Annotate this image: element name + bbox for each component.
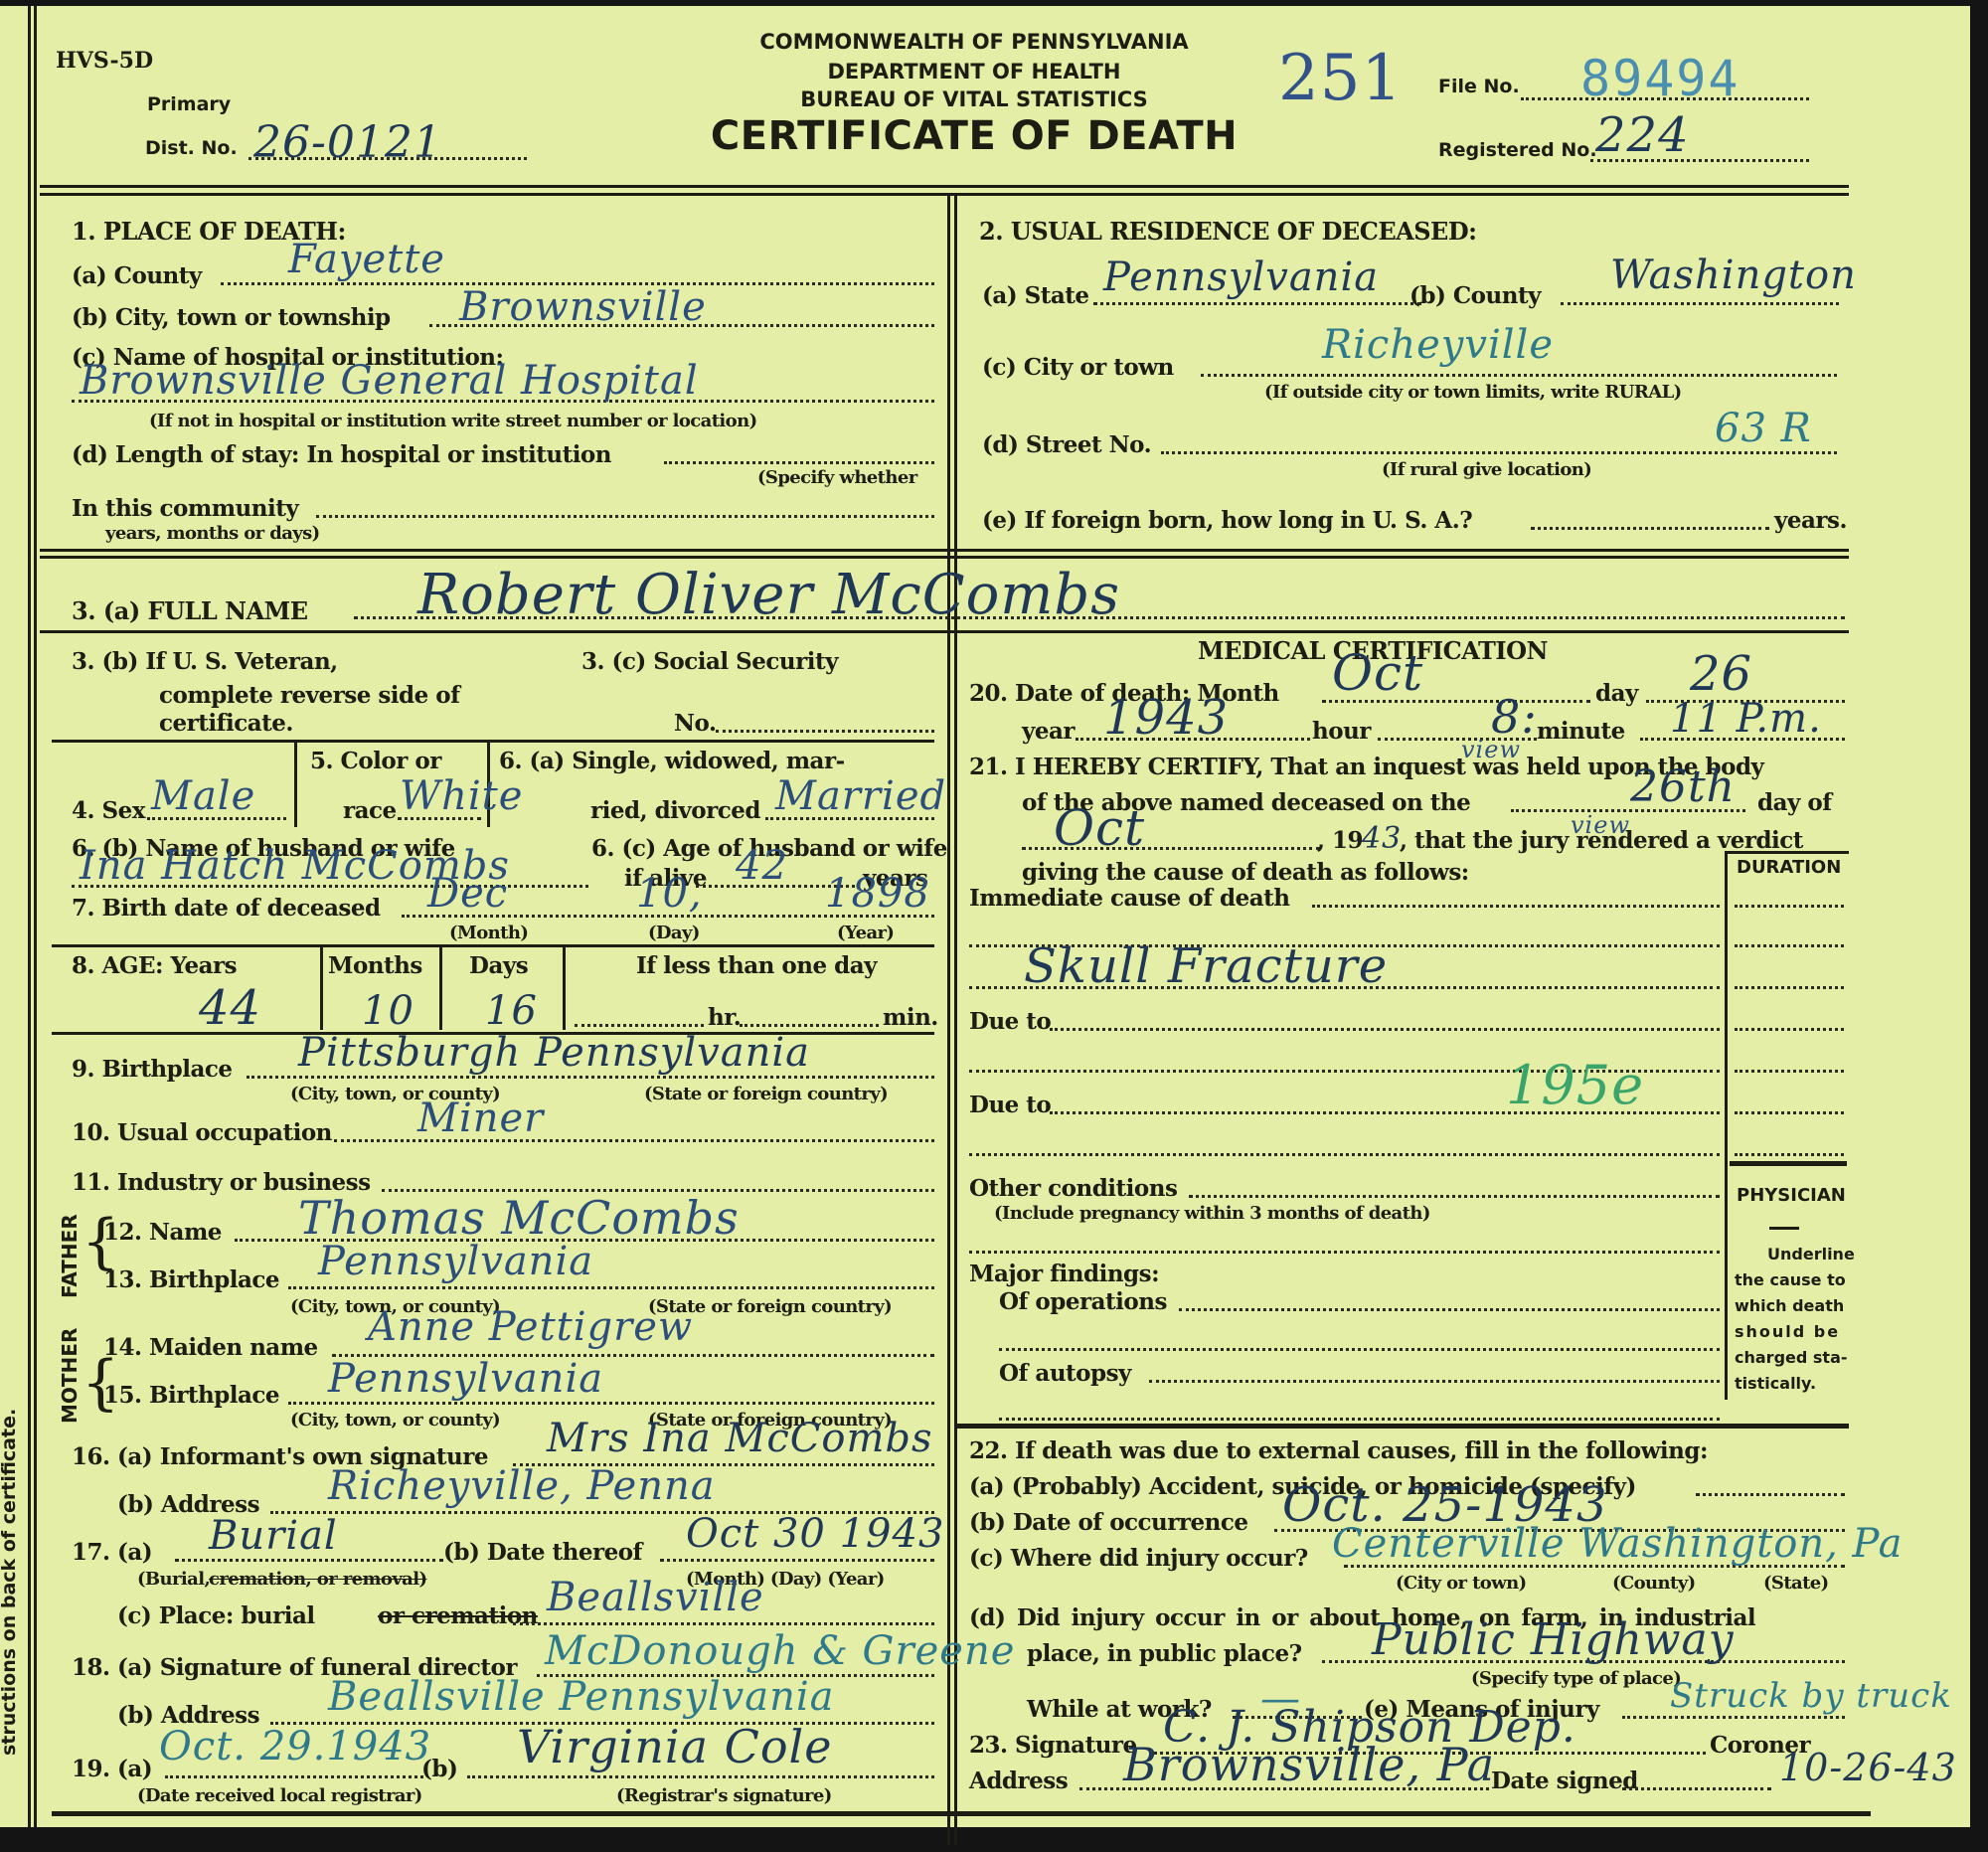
injury-place-value: Public Highway (1372, 1614, 1735, 1665)
res-state-label: (a) State (982, 282, 1089, 309)
stay-note: (Specify whether (757, 467, 917, 488)
burial-date-value: Oct 30 1943 (686, 1511, 944, 1557)
form-code: HVS-5D (56, 48, 153, 74)
father-birthplace-value: Pennsylvania (318, 1239, 593, 1284)
where-county-note: (County) (1612, 1573, 1696, 1594)
hospital-note: (If not in hospital or institution write… (149, 411, 756, 431)
res-city-note: (If outside city or town limits, write R… (1264, 382, 1682, 403)
physician-note-4: should be (1735, 1322, 1840, 1341)
death-minute-value: 11 P.m. (1670, 696, 1822, 742)
stay-label: (d) Length of stay: In hospital or insti… (72, 441, 611, 468)
margin-instructions: structions on back of certificate. (0, 1409, 20, 1756)
registrar-signature-value: Virginia Cole (517, 1720, 832, 1773)
mother-side-label: MOTHER (58, 1328, 82, 1424)
mother-birthplace-label: 15. Birthplace (103, 1382, 279, 1409)
other-conditions-note: (Include pregnancy within 3 months of de… (994, 1203, 1430, 1224)
residence-heading: 2. USUAL RESIDENCE OF DECEASED: (979, 217, 1477, 246)
res-city-label: (c) City or town (982, 354, 1174, 381)
res-county-value: Washington (1610, 253, 1857, 298)
disposition-value: Burial (209, 1513, 338, 1559)
certify-line-2b: day of (1757, 789, 1832, 816)
age-months-label: Months (328, 952, 422, 979)
color-value: White (400, 773, 523, 819)
file-no-label: File No. (1438, 76, 1520, 97)
physician-note-3: which death (1735, 1296, 1844, 1315)
injury-where-value: Centerville Washington, Pa (1332, 1521, 1904, 1567)
inquest-year-value: 43 (1362, 821, 1402, 856)
sex-value: Male (151, 773, 255, 819)
occupation-value: Miner (417, 1095, 544, 1141)
injury-where-label: (c) Where did injury occur? (969, 1545, 1308, 1572)
birthplace-value: Pittsburgh Pennsylvania (298, 1030, 810, 1076)
age-days-value: 16 (485, 988, 538, 1034)
community-note: years, months or days) (105, 523, 320, 544)
date-signed-value: 10-26-43 (1779, 1746, 1957, 1789)
foreign-born-unit: years. (1774, 507, 1847, 534)
informant-signature-value: Mrs Ina McCombs (547, 1416, 933, 1461)
physician-note-6: tistically. (1735, 1374, 1816, 1393)
age-years-label: 8. AGE: Years (72, 952, 237, 979)
border-left-inner (34, 6, 37, 1827)
certificate-title: CERTIFICATE OF DEATH (676, 113, 1272, 159)
mother-city-note: (City, town, or county) (290, 1410, 500, 1431)
community-label: In this community (72, 495, 298, 522)
veteran-label-2: complete reverse side of (159, 682, 460, 709)
view-note-2: view (1571, 811, 1630, 839)
color-label-1: 5. Color or (310, 748, 441, 774)
death-year-value: 1943 (1103, 690, 1229, 746)
funeral-address-value: Beallsville Pennsylvania (328, 1674, 834, 1720)
coroner-address-value: Brownsville, Pa (1123, 1738, 1495, 1791)
color-label-2: race (343, 797, 397, 824)
death-minute-label: minute (1537, 718, 1625, 745)
registrar-date-note: (Date received local registrar) (137, 1785, 422, 1806)
primary-label: Primary (147, 93, 231, 115)
res-street-label: (d) Street No. (982, 431, 1151, 458)
age-months-value: 10 (362, 988, 414, 1034)
death-city-label: (b) City, town or township (72, 304, 391, 331)
date-signed-label: Date signed (1491, 1768, 1638, 1794)
res-city-value: Richeyville (1322, 322, 1554, 368)
major-findings-label: Major findings: (969, 1261, 1159, 1287)
res-state-value: Pennsylvania (1103, 254, 1379, 300)
hr-label: hr. (708, 1004, 741, 1031)
min-label: min. (883, 1004, 938, 1031)
due-to-label-1: Due to (969, 1008, 1051, 1035)
dist-no-label: Dist. No. (145, 137, 238, 159)
informant-address-value: Richeyville, Penna (328, 1463, 716, 1509)
father-side-label: FATHER (58, 1214, 82, 1298)
agency-line-2: DEPARTMENT OF HEALTH (696, 60, 1252, 84)
father-name-label: 12. Name (103, 1219, 222, 1246)
border-left-outer (28, 6, 31, 1827)
birthplace-label: 9. Birthplace (72, 1056, 233, 1083)
veteran-label-1: 3. (b) If U. S. Veteran, (72, 648, 338, 675)
disposition-note-b: cremation, or removal) (209, 1569, 426, 1590)
death-day-value: 26 (1690, 646, 1752, 702)
injury-place-label-2: place, in public place? (1027, 1640, 1302, 1667)
full-name-value: Robert Oliver McCombs (417, 563, 1120, 627)
foreign-born-label: (e) If foreign born, how long in U. S. A… (982, 507, 1472, 534)
age-days-label: Days (469, 952, 528, 979)
registrar-signature-note: (Registrar's signature) (616, 1785, 832, 1806)
father-birthplace-label: 13. Birthplace (103, 1266, 279, 1293)
mother-birthplace-value: Pennsylvania (328, 1356, 603, 1402)
age-years-value: 44 (199, 980, 261, 1036)
birth-month-value: Dec (427, 871, 508, 917)
duration-label: DURATION (1737, 857, 1841, 878)
birthplace-state-note: (State or foreign country) (644, 1084, 888, 1104)
marital-label-1: 6. (a) Single, widowed, mar- (499, 748, 845, 774)
disposition-label: 17. (a) (72, 1539, 152, 1566)
autopsy-label: Of autopsy (999, 1360, 1131, 1387)
registrar-label-b: (b) (421, 1756, 457, 1782)
ss-no-label: No. (674, 710, 716, 737)
sex-label: 4. Sex (72, 797, 145, 824)
burial-place-label-a: (c) Place: burial (117, 1602, 315, 1629)
birth-year-note: (Year) (837, 923, 894, 943)
burial-date-label: (b) Date thereof (443, 1539, 642, 1566)
death-month-value: Oct (1332, 644, 1423, 702)
full-name-label: 3. (a) FULL NAME (72, 596, 308, 625)
immediate-cause-value: Skull Fracture (1024, 938, 1388, 994)
certify-line-4: giving the cause of death as follows: (1022, 859, 1469, 886)
other-conditions-label: Other conditions (969, 1175, 1177, 1202)
birth-month-note: (Month) (449, 923, 528, 943)
registered-no-label: Registered No. (1438, 139, 1597, 161)
ss-label: 3. (c) Social Security (581, 648, 838, 675)
injury-place-note: (Specify type of place) (1471, 1668, 1681, 1689)
birth-year-value: 1898 (825, 871, 930, 917)
agency-line-1: COMMONWEALTH OF PENNSYLVANIA (696, 30, 1252, 54)
inquest-day-value: 26th (1630, 761, 1736, 812)
occupation-label: 10. Usual occupation (72, 1119, 332, 1146)
disposition-note-a: (Burial, (137, 1569, 210, 1590)
physician-note-1: Underline (1767, 1245, 1855, 1263)
funeral-director-value: McDonough & Greene (545, 1628, 1015, 1674)
physician-note-5: charged sta- (1735, 1348, 1848, 1367)
death-hour-label: hour (1312, 718, 1371, 745)
immediate-cause-label: Immediate cause of death (969, 885, 1289, 912)
hospital-value: Brownsville General Hospital (80, 358, 699, 404)
physician-label: PHYSICIAN (1737, 1185, 1846, 1206)
death-city-value: Brownsville (459, 284, 707, 330)
cause-code-value: 195e (1506, 1054, 1644, 1116)
where-state-note: (State) (1763, 1573, 1829, 1594)
occurrence-date-label: (b) Date of occurrence (969, 1509, 1248, 1536)
death-certificate-page: structions on back of certificate. HVS-5… (0, 6, 1970, 1827)
birthdate-label: 7. Birth date of deceased (72, 895, 381, 922)
margin-note-number: 251 (1278, 42, 1403, 115)
coroner-signature-label: 23. Signature (969, 1732, 1137, 1759)
mother-maiden-label: 14. Maiden name (103, 1334, 318, 1361)
mother-maiden-value: Anne Pettigrew (368, 1304, 693, 1350)
marital-value: Married (775, 773, 946, 819)
death-county-value: Fayette (288, 237, 445, 282)
dist-no-value: 26-0121 (253, 117, 442, 168)
spouse-age-value: 42 (736, 843, 788, 889)
external-heading: 22. If death was due to external causes,… (969, 1437, 1708, 1464)
means-of-injury-value: Struck by truck (1670, 1676, 1952, 1716)
death-year-label: year (1022, 718, 1075, 745)
less-day-label: If less than one day (636, 952, 877, 979)
operations-label: Of operations (999, 1288, 1167, 1315)
certify-line-3a: , 19 (1317, 827, 1363, 854)
burial-place-value: Beallsville (547, 1575, 764, 1620)
father-name-value: Thomas McCombs (298, 1191, 740, 1245)
death-county-label: (a) County (72, 262, 202, 289)
due-to-label-2: Due to (969, 1092, 1051, 1118)
column-divider (947, 195, 950, 1845)
where-city-note: (City or town) (1396, 1573, 1527, 1594)
birth-day-value: 10, (636, 871, 703, 917)
res-county-label: (b) County (1409, 282, 1541, 309)
inquest-month-value: Oct (1054, 799, 1145, 857)
file-no-value: 89494 (1580, 50, 1740, 107)
res-street-value: 63 R (1715, 406, 1812, 451)
registrar-date-value: Oct. 29.1943 (159, 1724, 431, 1769)
res-street-note: (If rural give location) (1382, 459, 1591, 480)
coroner-address-label: Address (969, 1768, 1068, 1794)
birth-day-note: (Day) (648, 923, 700, 943)
duration-column-divider (1725, 851, 1728, 1400)
agency-line-3: BUREAU OF VITAL STATISTICS (696, 87, 1252, 111)
marital-label-2: ried, divorced (590, 797, 760, 824)
registered-no-value: 224 (1595, 107, 1690, 163)
physician-note-2: the cause to (1735, 1270, 1846, 1289)
veteran-label-3: certificate. (159, 710, 293, 737)
registrar-label-a: 19. (a) (72, 1756, 152, 1782)
death-day-label: day (1595, 680, 1638, 707)
